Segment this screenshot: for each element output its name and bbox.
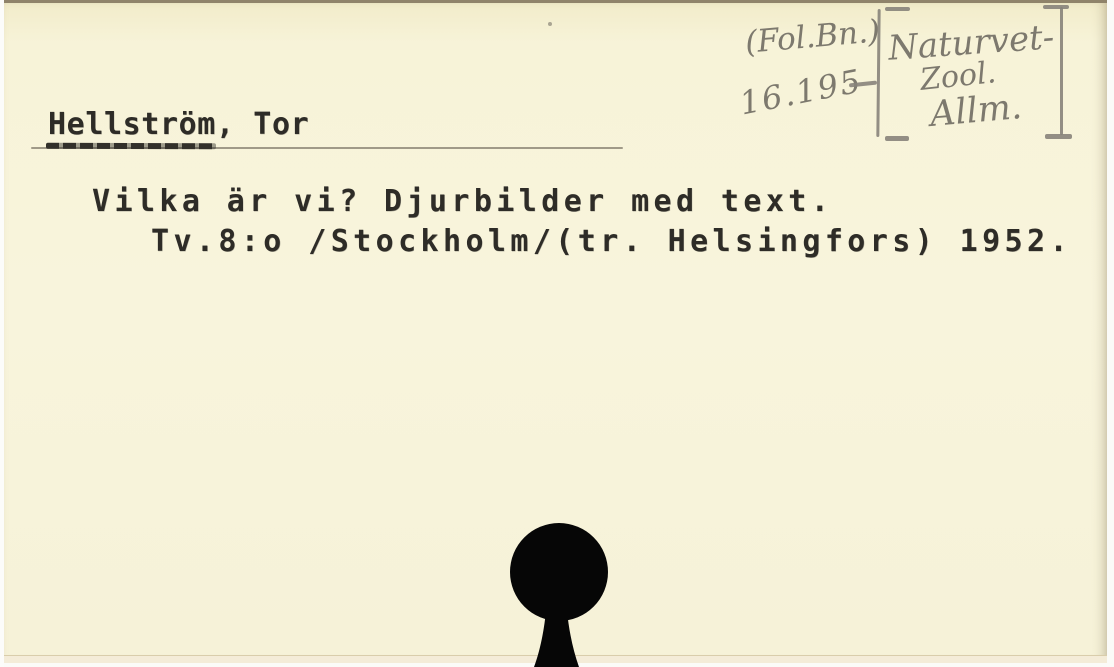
- bracket-tick-bottom-right: [1045, 134, 1072, 139]
- author-heading: Hellström, Tor: [48, 107, 309, 142]
- bracket-tick-top-right: [1043, 5, 1069, 9]
- scan-left-margin: [0, 0, 4, 667]
- classmark-annotation: (Fol.Bn.): [744, 13, 882, 61]
- bracket-tick-top-left: [885, 7, 910, 11]
- bracket-tick-bottom-left: [885, 136, 909, 141]
- title-line: Vilka är vi? Djurbilder med text.: [92, 184, 833, 219]
- pencil-divider-line: [876, 9, 880, 137]
- punch-hole-icon: [500, 515, 625, 667]
- shelf-number-annotation: 16.195: [737, 62, 866, 123]
- scanned-catalog-card: Hellström, Tor Vilka är vi? Djurbilder m…: [0, 0, 1114, 667]
- imprint-line: Tv.8:o /Stockholm/(tr. Helsingfors) 1952…: [151, 224, 1072, 259]
- subject-line: Allm.: [928, 87, 1023, 135]
- bracket-right-line: [1060, 7, 1063, 135]
- heading-underline: [46, 143, 216, 150]
- scan-speck: [548, 22, 552, 26]
